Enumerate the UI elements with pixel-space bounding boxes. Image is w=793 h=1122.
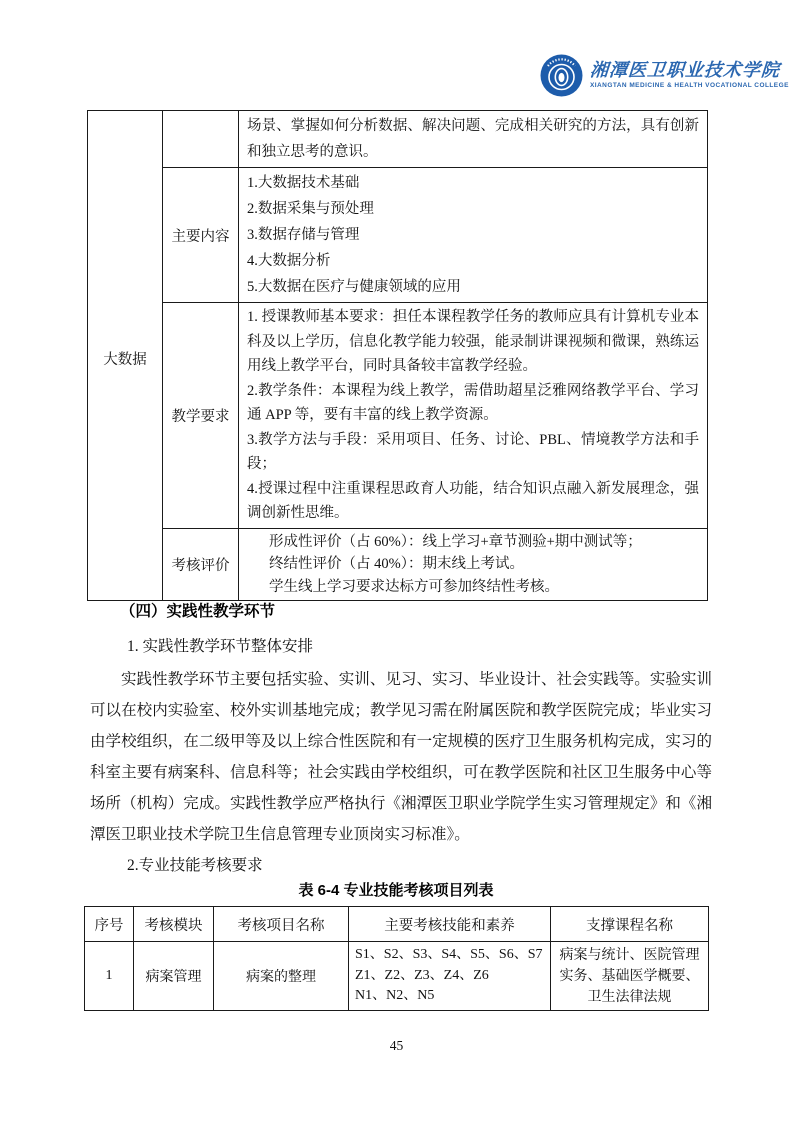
table-row: 主要内容 1.大数据技术基础 2.数据采集与预处理 3.数据存储与管理 4.大数… [88, 168, 708, 303]
page-number: 45 [0, 1038, 793, 1054]
row-content-cell: 场景、掌握如何分析数据、解决问题、完成相关研究的方法，具有创新和独立思考的意识。 [239, 111, 708, 168]
header-cell-skills: 主要考核技能和素养 [349, 907, 551, 942]
college-name-cn: 湘潭医卫职业技术学院 [589, 62, 789, 80]
row-label-cell: 考核评价 [163, 528, 239, 601]
section-item-1: 1. 实践性教学环节整体安排 [90, 634, 712, 659]
row-label-cell: 主要内容 [163, 168, 239, 303]
practical-teaching-section: （四）实践性教学环节 1. 实践性教学环节整体安排 实践性教学环节主要包括实验、… [90, 599, 712, 881]
college-name-block: 湘潭医卫职业技术学院 XIANGTAN MEDICINE & HEALTH VO… [590, 62, 789, 90]
table-header-row: 序号 考核模块 考核项目名称 主要考核技能和素养 支撑课程名称 [85, 907, 709, 942]
table-row: 教学要求 1. 授课教师基本要求：担任本课程教学任务的教师应具有计算机专业本科及… [88, 303, 708, 529]
row-label-cell [163, 111, 239, 168]
course-name-cell: 大数据 [88, 111, 163, 601]
cell-skills: S1、S2、S3、S4、S5、S6、S7 Z1、Z2、Z3、Z4、Z6 N1、N… [349, 942, 551, 1011]
row-content-cell: 1. 授课教师基本要求：担任本课程教学任务的教师应具有计算机专业本科及以上学历，… [239, 303, 708, 529]
section-item-2: 2.专业技能考核要求 [90, 850, 712, 881]
header-cell-module: 考核模块 [134, 907, 214, 942]
skills-table-caption: 表 6-4 专业技能考核项目列表 [84, 879, 708, 900]
course-description-table: 大数据 场景、掌握如何分析数据、解决问题、完成相关研究的方法，具有创新和独立思考… [87, 110, 708, 601]
cell-module: 病案管理 [134, 942, 214, 1011]
college-emblem-icon [540, 54, 583, 97]
table-row: 1 病案管理 病案的整理 S1、S2、S3、S4、S5、S6、S7 Z1、Z2、… [85, 942, 709, 1011]
cell-courses: 病案与统计、医院管理实务、基础医学概要、卫生法律法规 [551, 942, 709, 1011]
row-content-cell: 1.大数据技术基础 2.数据采集与预处理 3.数据存储与管理 4.大数据分析 5… [239, 168, 708, 303]
header-cell-courses: 支撑课程名称 [551, 907, 709, 942]
header-cell-no: 序号 [85, 907, 134, 942]
table-row: 考核评价 形成性评价（占 60%）：线上学习+章节测验+期中测试等； 终结性评价… [88, 528, 708, 601]
row-content-cell: 形成性评价（占 60%）：线上学习+章节测验+期中测试等； 终结性评价（占 40… [239, 528, 708, 601]
section-paragraph: 实践性教学环节主要包括实验、实训、见习、实习、毕业设计、社会实践等。实验实训可以… [90, 664, 712, 850]
skills-assessment-table: 序号 考核模块 考核项目名称 主要考核技能和素养 支撑课程名称 1 病案管理 病… [84, 906, 709, 1011]
section-heading: （四）实践性教学环节 [90, 599, 712, 624]
row-label-cell: 教学要求 [163, 303, 239, 529]
cell-no: 1 [85, 942, 134, 1011]
table-row: 大数据 场景、掌握如何分析数据、解决问题、完成相关研究的方法，具有创新和独立思考… [88, 111, 708, 168]
cell-project: 病案的整理 [214, 942, 349, 1011]
college-name-en: XIANGTAN MEDICINE & HEALTH VOCATIONAL CO… [590, 83, 789, 90]
college-logo: 湘潭医卫职业技术学院 XIANGTAN MEDICINE & HEALTH VO… [540, 54, 789, 97]
document-page: 湘潭医卫职业技术学院 XIANGTAN MEDICINE & HEALTH VO… [0, 0, 793, 1122]
header-cell-project: 考核项目名称 [214, 907, 349, 942]
